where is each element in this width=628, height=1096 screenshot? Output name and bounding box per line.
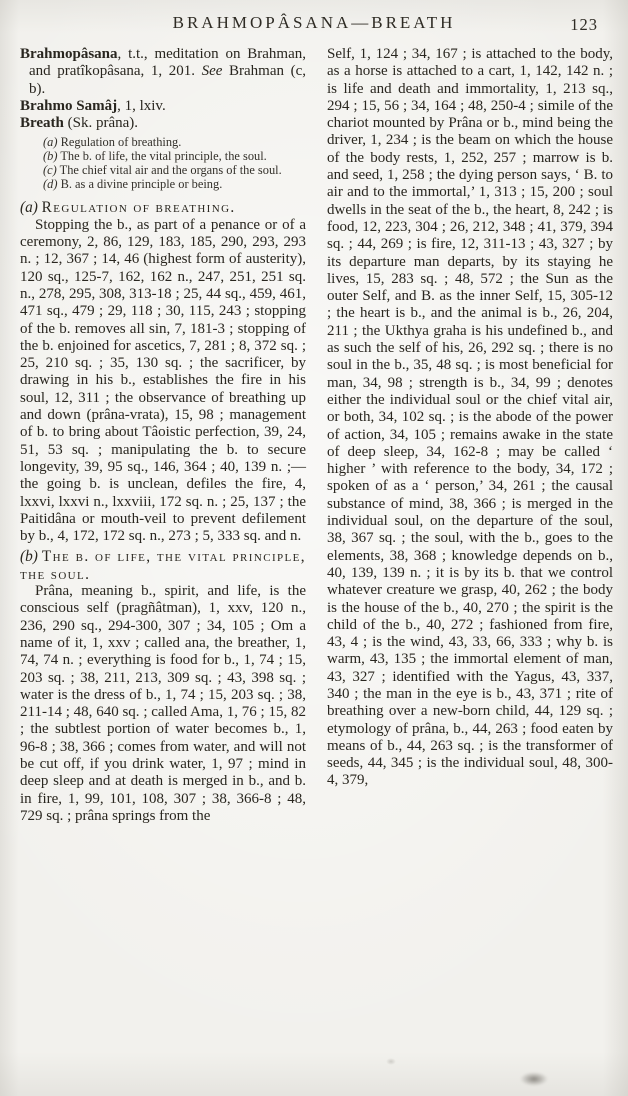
item-marker: (b) — [43, 149, 57, 163]
entry-text: , 1, lxiv. — [117, 98, 166, 114]
section-marker: (a) — [20, 199, 38, 216]
section-title: The b. of life, the vital principle, the… — [20, 548, 306, 582]
item-text: The chief vital air and the organs of th… — [60, 163, 282, 177]
left-column: Brahmopâsana, t.t., meditation on Brahma… — [20, 46, 306, 825]
index-entry-brahmo-samaj: Brahmo Samâj, 1, lxiv. — [20, 98, 306, 115]
item-text: Regulation of breathing. — [61, 135, 182, 149]
index-entry-breath: Breath (Sk. prâna). — [20, 115, 306, 132]
index-entry-brahmopasana: Brahmopâsana, t.t., meditation on Brahma… — [20, 46, 306, 98]
right-column: Self, 1, 124 ; 34, 167 ; is attached to … — [327, 46, 613, 825]
section-title: Regulation of breathing. — [42, 199, 236, 216]
running-head: BRAHMOPÂSANA—BREATH — [0, 13, 628, 33]
section-marker: (b) — [20, 548, 38, 565]
section-a-paragraph: Stopping the b., as part of a penance or… — [20, 217, 306, 546]
section-b-paragraph-continuation: Self, 1, 124 ; 34, 167 ; is attached to … — [327, 46, 613, 790]
scanned-book-page: BRAHMOPÂSANA—BREATH 123 Brahmopâsana, t.… — [0, 0, 628, 1096]
entry-term: Brahmopâsana — [20, 46, 118, 62]
item-marker: (a) — [43, 135, 57, 149]
ink-smudge — [520, 1072, 548, 1086]
list-item: (a) Regulation of breathing. — [43, 135, 306, 149]
item-marker: (d) — [43, 177, 57, 191]
item-marker: (c) — [43, 163, 57, 177]
list-item: (c) The chief vital air and the organs o… — [43, 163, 306, 177]
paper-speck — [386, 1058, 396, 1065]
entry-term: Breath — [20, 115, 64, 131]
section-b-paragraph: Prâna, meaning b., spirit, and life, is … — [20, 583, 306, 825]
text-columns: Brahmopâsana, t.t., meditation on Brahma… — [20, 46, 613, 825]
section-heading-b: (b) The b. of life, the vital principle,… — [20, 548, 306, 583]
item-text: B. as a divine principle or being. — [61, 177, 223, 191]
item-text: The b. of life, the vital principle, the… — [60, 149, 266, 163]
section-heading-a: (a) Regulation of breathing. — [20, 199, 306, 216]
breath-subsection-list: (a) Regulation of breathing. (b) The b. … — [43, 135, 306, 191]
entry-text: (Sk. prâna). — [64, 115, 138, 131]
see-reference-label: See — [202, 63, 223, 79]
page-number: 123 — [570, 15, 598, 35]
entry-term: Brahmo Samâj — [20, 98, 117, 114]
list-item: (b) The b. of life, the vital principle,… — [43, 149, 306, 163]
list-item: (d) B. as a divine principle or being. — [43, 177, 306, 191]
